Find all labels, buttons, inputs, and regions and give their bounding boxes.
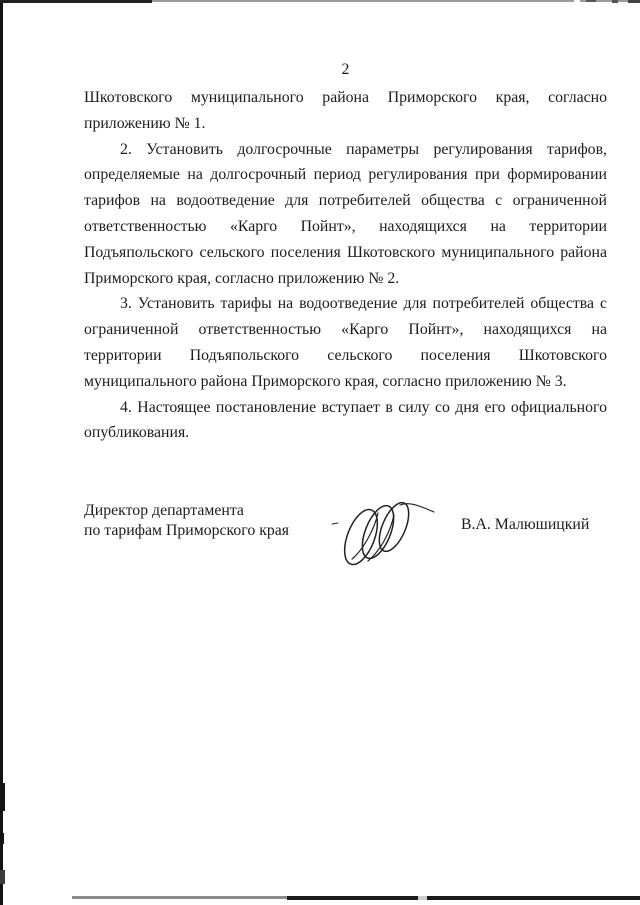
- scan-edge-bottom-dark: [287, 896, 640, 900]
- scan-edge-bottom-gray: [72, 896, 287, 899]
- scan-edge-top-dark: [0, 0, 152, 3]
- scan-edge-left-blob: [0, 783, 5, 811]
- document-body: Шкотовского муниципального района Примор…: [84, 85, 607, 446]
- signer-name: В.А. Малюшицкий: [461, 516, 589, 534]
- scan-edge-top-tick: [628, 0, 640, 3]
- scan-edge-left-blob: [0, 833, 4, 844]
- scan-edge-top-gray: [152, 0, 640, 2]
- signer-title-line1: Директор департамента: [84, 501, 289, 521]
- paragraph-item-2: 2. Установить долгосрочные параметры рег…: [84, 137, 607, 292]
- signer-title-line2: по тарифам Приморского края: [84, 521, 289, 541]
- scan-edge-left-blob: [0, 870, 5, 884]
- scan-edge-left: [0, 0, 3, 905]
- paragraph-item-4: 4. Настоящее постановление вступает в си…: [84, 395, 607, 447]
- scan-edge-bottom-gap: [418, 896, 427, 900]
- scan-edge-top-tick: [586, 0, 596, 2]
- page-number: 2: [84, 61, 607, 79]
- document-page: 2 Шкотовского муниципального района Прим…: [0, 0, 640, 905]
- scan-edge-top-gap: [574, 0, 580, 3]
- paragraph-item-3: 3. Установить тарифы на водоотведение дл…: [84, 291, 607, 394]
- signer-title: Директор департамента по тарифам Приморс…: [84, 501, 289, 541]
- paragraph-continuation: Шкотовского муниципального района Примор…: [84, 85, 607, 137]
- scan-edge-top-tick: [612, 0, 618, 3]
- signature-scribble-icon: [328, 491, 440, 573]
